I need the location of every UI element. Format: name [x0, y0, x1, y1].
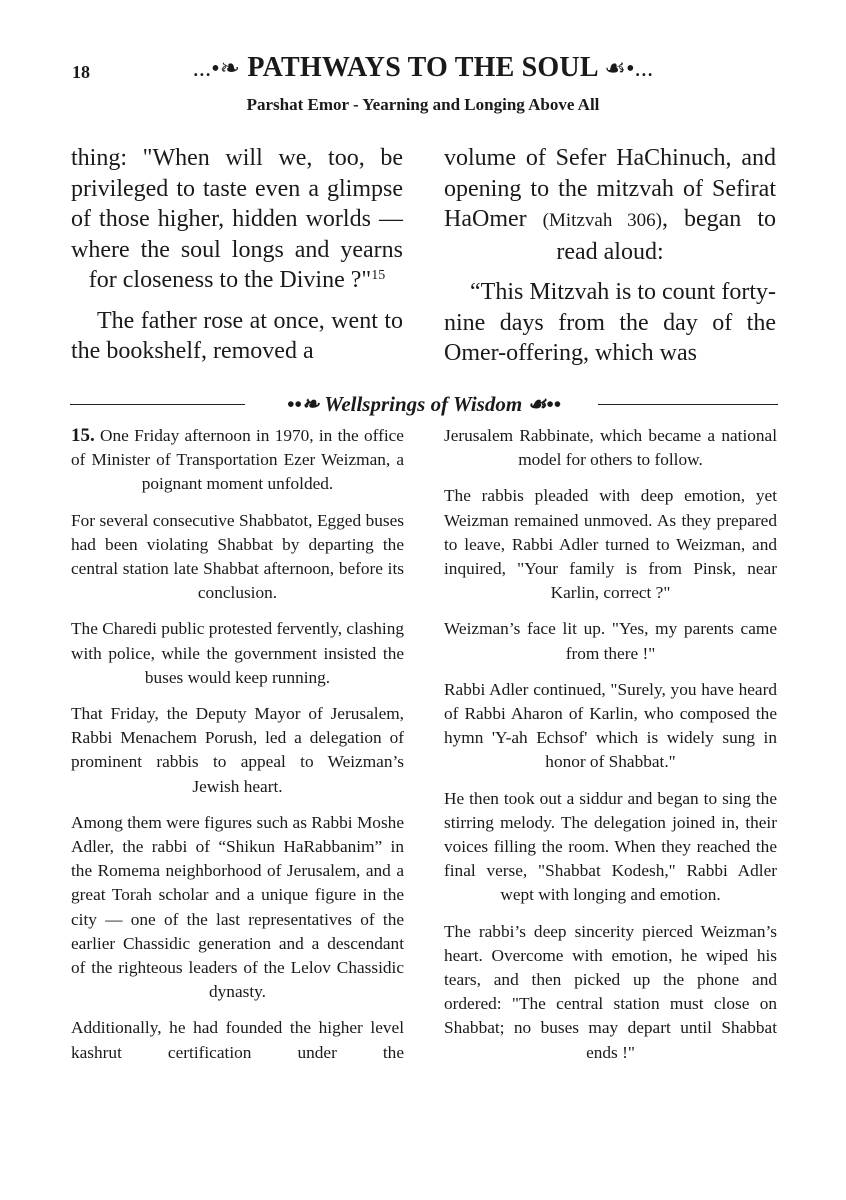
running-title: ...•❧ PATHWAYS TO THE SOUL ☙•... — [0, 52, 846, 84]
section-divider: ••❧ Wellsprings of Wisdom ☙•• — [70, 390, 778, 420]
footnote-number: 15. — [71, 425, 95, 446]
ornament-left-icon: ...•❧ — [193, 56, 241, 82]
footnote-paragraph: He then took out a siddur and began to s… — [444, 787, 777, 908]
chapter-subtitle: Parshat Emor - Yearning and Longing Abov… — [0, 95, 846, 115]
main-paragraph: The father rose at once, went to the boo… — [71, 306, 403, 367]
footnote-paragraph: That Friday, the Deputy Mayor of Jerusal… — [71, 702, 404, 799]
footnote-paragraph: For several consecutive Shabbatot, Egged… — [71, 509, 404, 606]
footnote-column-left: 15. One Friday afternoon in 1970, in the… — [71, 424, 404, 1077]
footnote-paragraph: The rabbis pleaded with deep emotion, ye… — [444, 484, 777, 605]
footnote-paragraph: Weizman’s face lit up. "Yes, my parents … — [444, 617, 777, 665]
footnote-column-right: Jerusalem Rabbinate, which became a nati… — [444, 424, 777, 1077]
footnote-paragraph: 15. One Friday afternoon in 1970, in the… — [71, 424, 404, 497]
footnote-paragraph: Additionally, he had founded the higher … — [71, 1016, 404, 1064]
book-title: PATHWAYS TO THE SOUL — [247, 52, 597, 83]
footnote-paragraph: The rabbi’s deep sincerity pierced Weizm… — [444, 920, 777, 1065]
footnote-paragraph: Rabbi Adler continued, "Surely, you have… — [444, 678, 777, 775]
main-paragraph: volume of Sefer HaChinuch, and opening t… — [444, 143, 776, 267]
main-paragraph: thing: "When will we, too, be privileged… — [71, 143, 403, 296]
footnote-paragraph: The Charedi public protested fervently, … — [71, 617, 404, 690]
divider-line-right — [598, 404, 778, 405]
main-column-left: thing: "When will we, too, be privileged… — [71, 143, 403, 377]
footnote-ref[interactable]: 15 — [371, 268, 385, 283]
footnote-paragraph: Jerusalem Rabbinate, which became a nati… — [444, 424, 777, 472]
main-column-right: volume of Sefer HaChinuch, and opening t… — [444, 143, 776, 379]
main-paragraph: “This Mitzvah is to count forty-nine day… — [444, 277, 776, 369]
mitzvah-reference: (Mitzvah 306) — [543, 210, 662, 231]
ornament-right-icon: ☙•... — [604, 56, 653, 82]
footnote-paragraph: Among them were figures such as Rabbi Mo… — [71, 811, 404, 1005]
